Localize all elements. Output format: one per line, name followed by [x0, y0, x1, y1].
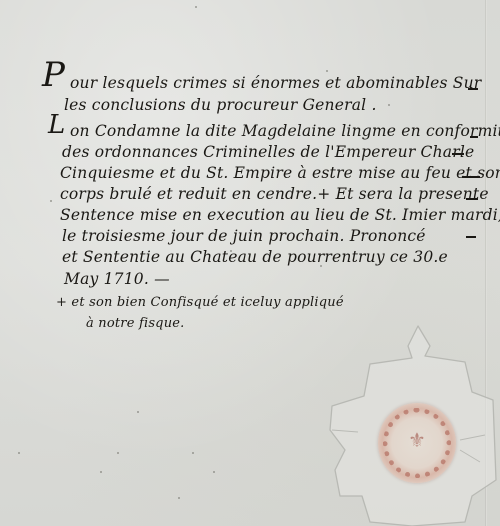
marginal-note-line-2: à notre fisque.	[86, 316, 185, 331]
text-line-1: our lesquels crimes si énormes et abomin…	[70, 74, 481, 92]
line-filler-dash	[462, 176, 480, 178]
line-filler-dash	[470, 136, 478, 138]
text-line-10-date: May 1710. —	[64, 270, 170, 288]
text-line-6: corps brulé et reduit en cendre.+ Et ser…	[60, 185, 489, 203]
line-filler-dash	[466, 198, 478, 200]
paper-speck	[50, 200, 52, 202]
paper-speck	[195, 6, 197, 8]
paper-speck	[178, 497, 180, 499]
text-line-2: les conclusions du procureur General .	[64, 96, 377, 114]
text-line-8: le troisiesme jour de juin prochain. Pro…	[62, 227, 426, 245]
decorative-initial: P	[42, 58, 65, 92]
paper-speck	[192, 452, 194, 454]
manuscript-page: P our lesquels crimes si énormes et abom…	[0, 0, 500, 526]
text-line-7: Sentence mise en execution au lieu de St…	[60, 206, 500, 224]
decorative-initial: L	[48, 112, 65, 138]
text-line-4: des ordonnances Criminelles de l'Empereu…	[62, 143, 474, 161]
paper-speck	[326, 70, 328, 72]
paper-speck	[18, 452, 20, 454]
paper-speck	[117, 452, 119, 454]
line-filler-dash	[468, 88, 478, 90]
paper-speck	[388, 104, 390, 106]
paper-speck	[137, 411, 139, 413]
wax-seal: ⚜	[300, 300, 500, 526]
text-line-3: on Condamne la dite Magdelaine lingme en…	[70, 122, 500, 140]
line-filler-dash	[466, 236, 476, 238]
paper-speck	[100, 471, 102, 473]
line-filler-dash	[452, 153, 464, 155]
text-line-9: et Sententie au Chateau de pourrentruy c…	[62, 248, 448, 266]
text-line-5: Cinquiesme et du St. Empire à estre mise…	[60, 164, 500, 182]
seal-emblem-icon: ⚜	[403, 428, 431, 458]
paper-speck	[213, 471, 215, 473]
